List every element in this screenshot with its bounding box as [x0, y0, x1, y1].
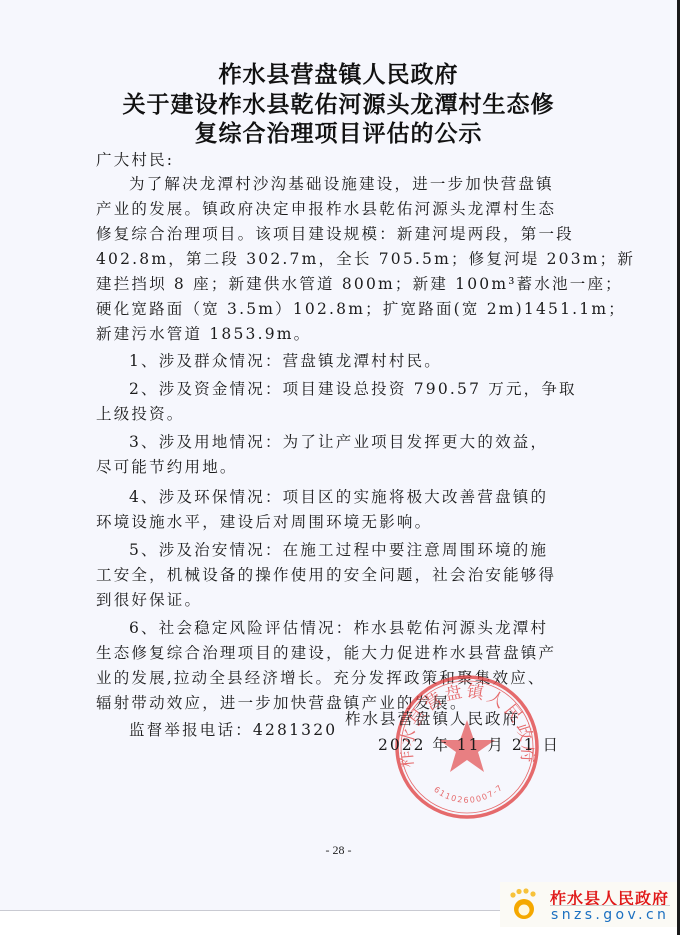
body-line: 5、涉及治安情况：在施工过程中要注意周围环境的施: [129, 538, 548, 560]
body-line: 402.8m，第二段 302.7m，全长 705.5m；修复河堤 203m；新: [96, 247, 635, 269]
title-line-3: 复综合治理项目评估的公示: [0, 115, 677, 148]
body-line: 生态修复综合治理项目的建设，能大力促进柞水县营盘镇产: [96, 641, 556, 663]
body-line: 2、涉及资金情况：项目建设总投资 790.57 万元，争取: [129, 377, 577, 399]
paw-logo-icon: [506, 886, 542, 922]
svg-text:6110260007-7: 6110260007-7: [432, 782, 505, 804]
title-line-1: 柞水县营盘镇人民政府: [0, 56, 677, 89]
body-line: 为了解决龙潭村沙沟基础设施建设，进一步加快营盘镇: [129, 172, 554, 194]
body-line: 产业的发展。镇政府决定申报柞水县乾佑河源头龙潭村生态: [96, 197, 556, 219]
body-line: 上级投资。: [96, 402, 185, 424]
body-line: 4、涉及环保情况：项目区的实施将极大改善营盘镇的: [129, 485, 548, 507]
body-line: 6、社会稳定风险评估情况：柞水县乾佑河源头龙潭村: [129, 616, 548, 638]
body-line: 新建污水管道 1853.9m。: [96, 322, 311, 344]
salutation: 广大村民:: [96, 148, 174, 170]
body-line: 3、涉及用地情况：为了让产业项目发挥更大的效益，: [129, 430, 548, 452]
scanned-page: 柞水县营盘镇人民政府 关于建设柞水县乾佑河源头龙潭村生态修 复综合治理项目评估的…: [0, 0, 677, 911]
seal-code: 6110260007-7: [432, 782, 505, 804]
body-line: 到很好保证。: [96, 588, 202, 610]
body-line: 工安全，机械设备的操作使用的安全问题，社会治安能够得: [96, 563, 556, 585]
body-line: 监督举报电话：4281320: [129, 718, 337, 740]
site-watermark: 柞水县人民政府 snzs.gov.cn: [500, 882, 677, 927]
body-line: 修复综合治理项目。该项目建设规模：新建河堤两段，第一段: [96, 222, 574, 244]
watermark-divider: [550, 905, 670, 906]
signature-date: 2022 年 11 月 21 日: [378, 733, 560, 755]
signature-org: 柞水县营盘镇人民政府: [345, 707, 520, 729]
body-line: 建拦挡坝 8 座；新建供水管道 800m；新建 100m³蓄水池一座；: [96, 272, 623, 294]
body-line: 硬化宽路面（宽 3.5m）102.8m；扩宽路面(宽 2m)1451.1m；: [96, 297, 626, 319]
page-number: - 28 -: [0, 843, 677, 858]
site-url: snzs.gov.cn: [551, 907, 669, 923]
body-line: 尽可能节约用地。: [96, 455, 238, 477]
body-line: 1、涉及群众情况：营盘镇龙潭村村民。: [129, 349, 442, 371]
body-line: 环境设施水平，建设后对周围环境无影响。: [96, 510, 432, 532]
